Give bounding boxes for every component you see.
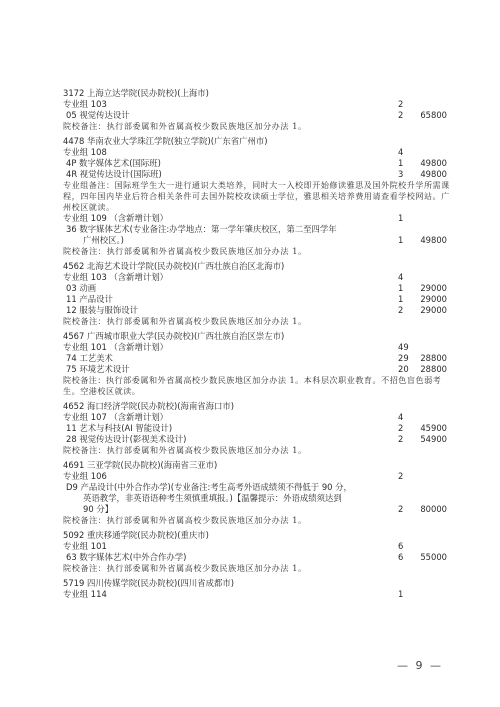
major-row: 4R 视觉传达设计(国际班)349800 [63,169,453,180]
major-row: 05 视觉传达设计265800 [63,110,453,121]
group-row: 专业组 103 （含新增计划）4 [63,272,453,283]
school-note: 院校备注：执行部委属和外省属高校少数民族地区加分办法 1。 [63,563,453,574]
school-block-4567: 4567 广西城市职业大学(民办院校)(广西壮族自治区崇左市) 专业组 101 … [63,331,453,397]
major-row: 12 服装与服饰设计229000 [63,305,453,316]
major-row: 03 动画129000 [63,283,453,294]
group-row: 专业组 1032 [63,99,453,110]
school-note: 院校备注：执行部委属和外省属高校少数民族地区加分办法 1。 [63,515,453,526]
page-number: — 9 — [397,659,443,672]
admission-plan-page: 3172 上海立达学院(民办院校)(上海市) 专业组 1032 05 视觉传达设… [63,88,453,600]
major-row-continuation: 英语教学，非英语语种考生须慎重填报。)【温馨提示：外语成绩须达到 [63,493,453,504]
major-row: 63 数字媒体艺术(中外合作办学)655000 [63,552,453,563]
school-note: 院校备注：执行部委属和外省属高校少数民族地区加分办法 1。 [63,445,453,456]
school-block-4691: 4691 三亚学院(民办院校)(海南省三亚市) 专业组 1062 D9 产品设计… [63,460,453,526]
school-note: 院校备注：执行部委属和外省属高校少数民族地区加分办法 1。 [63,316,453,327]
group-row: 专业组 1084 [63,147,453,158]
major-row: 11 艺术与科技(AI 智能设计)245900 [63,423,453,434]
major-row-continuation: 90 分】280000 [63,504,453,515]
school-header: 4652 海口经济学院(民办院校)(海南省海口市) [63,401,453,412]
school-note: 院校备注：执行部委属和外省属高校少数民族地区加分办法 1。 [63,246,453,257]
school-header: 4478 华南农业大学珠江学院(独立学院)(广东省广州市) [63,136,453,147]
school-header: 5719 四川传媒学院(民办院校)(四川省成都市) [63,578,453,589]
school-header: 4691 三亚学院(民办院校)(海南省三亚市) [63,460,453,471]
group-row: 专业组 101 （含新增计划）49 [63,342,453,353]
school-note: 院校备注：执行部委属和外省属高校少数民族地区加分办法 1。 [63,121,453,132]
school-header: 5092 重庆移通学院(民办院校)(重庆市) [63,530,453,541]
major-row: 4P 数字媒体艺术(国际班)149800 [63,158,453,169]
school-block-5092: 5092 重庆移通学院(民办院校)(重庆市) 专业组 1016 63 数字媒体艺… [63,530,453,574]
school-header: 4567 广西城市职业大学(民办院校)(广西壮族自治区崇左市) [63,331,453,342]
group-row: 专业组 1141 [63,589,453,600]
major-row: D9 产品设计(中外合作办学)(专业备注:考生高考外语成绩须不得低于 90 分， [63,482,453,493]
major-row: 75 环境艺术设计2028800 [63,364,453,375]
school-block-5719: 5719 四川传媒学院(民办院校)(四川省成都市) 专业组 1141 [63,578,453,600]
school-block-4562: 4562 北海艺术设计学院(民办院校)(广西壮族自治区北海市) 专业组 103 … [63,261,453,327]
group-row: 专业组 109 （含新增计划）1 [63,213,453,224]
school-header: 3172 上海立达学院(民办院校)(上海市) [63,88,453,99]
group-note: 专业组备注：国际班学生大一进行通识大类培养，同时大一入校即开始修读雅思及国外院校… [63,180,453,213]
school-block-4652: 4652 海口经济学院(民办院校)(海南省海口市) 专业组 107 （含新增计划… [63,401,453,456]
school-header: 4562 北海艺术设计学院(民办院校)(广西壮族自治区北海市) [63,261,453,272]
school-note: 院校备注：执行部委属和外省属高校少数民族地区加分办法 1。本科层次职业教育。不招… [63,375,453,397]
group-row: 专业组 1062 [63,471,453,482]
major-row: 11 产品设计129000 [63,294,453,305]
major-row: 74 工艺美术2928800 [63,353,453,364]
major-row: 28 视觉传达设计(影视美术设计)254900 [63,434,453,445]
group-row: 专业组 1016 [63,541,453,552]
school-block-3172: 3172 上海立达学院(民办院校)(上海市) 专业组 1032 05 视觉传达设… [63,88,453,132]
school-block-4478: 4478 华南农业大学珠江学院(独立学院)(广东省广州市) 专业组 1084 4… [63,136,453,257]
major-row-continuation: 广州校区。)149800 [63,235,453,246]
group-row: 专业组 107 （含新增计划）4 [63,412,453,423]
major-row: 36 数字媒体艺术(专业备注:办学地点：第一学年肇庆校区，第二至四学年 [63,224,453,235]
